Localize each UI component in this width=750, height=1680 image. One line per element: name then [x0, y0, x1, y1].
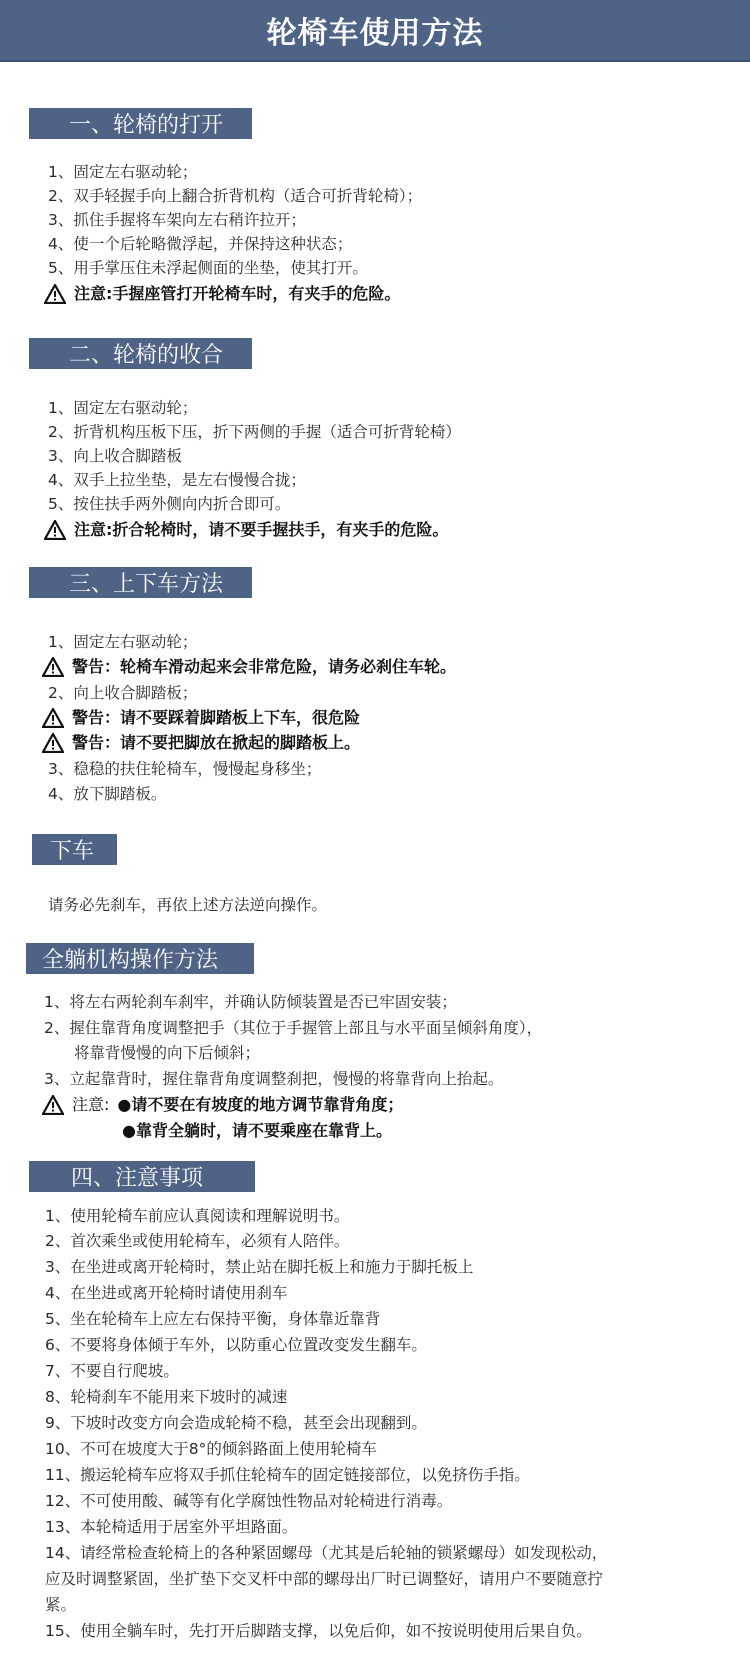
list-item: 3、立起靠背时，握住靠背角度调整刹把，慢慢的将靠背向上抬起。: [44, 1067, 503, 1091]
list-item: 9、下坡时改变方向会造成轮椅不稳，甚至会出现翻到。: [45, 1411, 427, 1435]
list-item: 6、不要将身体倾于车外，以防重心位置改变发生翻车。: [45, 1333, 427, 1357]
warning-text: 注意:手握座管打开轮椅车时，有夹手的危险。: [74, 282, 400, 306]
list-item: 4、放下脚踏板。: [48, 782, 166, 806]
list-item-continuation: 应及时调整紧固，坐扩垫下交叉杆中部的螺母出厂时已调整好，请用户不要随意拧: [45, 1567, 603, 1591]
warning-text: 警告：轮椅车滑动起来会非常危险，请务必刹住车轮。: [72, 655, 456, 679]
warning-line: 警告：请不要把脚放在掀起的脚踏板上。: [42, 731, 360, 755]
section-heading-text: 四、注意事项: [71, 1161, 203, 1192]
section-heading-notes: 四、注意事项: [29, 1161, 255, 1192]
list-item: 1、使用轮椅车前应认真阅读和理解说明书。: [45, 1204, 349, 1228]
list-item: 3、稳稳的扶住轮椅车，慢慢起身移坐；: [48, 757, 321, 781]
list-item: 4、在坐进或离开轮椅时请使用刹车: [45, 1281, 287, 1305]
section-heading-recline: 全躺机构操作方法: [26, 943, 254, 974]
warning-triangle-icon: [44, 284, 66, 304]
list-item: 2、握住靠背角度调整把手（其位于手握管上部且与水平面呈倾斜角度），: [44, 1016, 542, 1040]
list-item: 3、在坐进或离开轮椅时，禁止站在脚托板上和施力于脚托板上: [45, 1255, 473, 1279]
list-item-continuation: 将靠背慢慢的向下后倾斜；: [74, 1041, 260, 1065]
list-item: 5、按住扶手两外侧向内折合即可。: [48, 492, 290, 516]
list-item: 10、不可在坡度大于8°的倾斜路面上使用轮椅车: [45, 1437, 377, 1461]
list-item: 1、固定左右驱动轮；: [48, 396, 197, 420]
section-heading-text: 全躺机构操作方法: [42, 943, 218, 974]
page-title: 轮椅车使用方法: [267, 8, 484, 52]
warning-point: ●请不要在有坡度的地方调节靠背角度；: [117, 1093, 403, 1117]
title-banner: 轮椅车使用方法: [0, 0, 750, 62]
list-item: 15、使用全躺车时，先打开后脚踏支撑，以免后仰，如不按说明使用后果自负。: [45, 1619, 592, 1643]
warning-line: 警告：请不要踩着脚踏板上下车，很危险: [42, 706, 360, 730]
list-item: 14、请经常检查轮椅上的各种紧固螺母（尤其是后轮轴的锁紧螺母）如发现松动，: [45, 1541, 607, 1565]
list-item: 8、轮椅刹车不能用来下坡时的减速: [45, 1385, 287, 1409]
list-item: 11、搬运轮椅车应将双手抓住轮椅车的固定链接部位，以免挤伤手指。: [45, 1463, 530, 1487]
list-item: 1、将左右两轮刹车刹牢，并确认防倾装置是否已牢固安装；: [44, 990, 457, 1014]
list-item: 5、坐在轮椅车上应左右保持平衡，身体靠近靠背: [45, 1307, 380, 1331]
warning-line: 注意:手握座管打开轮椅车时，有夹手的危险。: [44, 282, 400, 306]
warning-point: ●靠背全躺时，请不要乘座在靠背上。: [122, 1119, 392, 1143]
list-item: 7、不要自行爬坡。: [45, 1359, 179, 1383]
section-heading-text: 三、上下车方法: [69, 567, 223, 598]
section-heading-boarding: 三、上下车方法: [29, 567, 252, 598]
list-item: 3、向上收合脚踏板: [48, 444, 182, 468]
warning-text: 注意:折合轮椅时，请不要手握扶手，有夹手的危险。: [74, 518, 448, 542]
section-heading-open: 一、轮椅的打开: [29, 108, 252, 139]
list-item: 1、固定左右驱动轮；: [48, 160, 197, 184]
list-item: 2、向上收合脚踏板；: [48, 681, 197, 705]
list-item: 2、首次乘坐或使用轮椅车，必须有人陪伴。: [45, 1229, 349, 1253]
list-item: 13、本轮椅适用于居室外平坦路面。: [45, 1515, 297, 1539]
section-heading-text: 下车: [50, 834, 94, 865]
warning-line: 注意: ●请不要在有坡度的地方调节靠背角度；: [42, 1093, 403, 1117]
list-item-continuation: 紧。: [45, 1593, 76, 1617]
warning-triangle-icon: [42, 708, 64, 728]
list-item: 1、固定左右驱动轮；: [48, 630, 197, 654]
warning-text: 警告：请不要踩着脚踏板上下车，很危险: [72, 706, 360, 730]
warning-triangle-icon: [42, 657, 64, 677]
warning-line: 注意:折合轮椅时，请不要手握扶手，有夹手的危险。: [44, 518, 448, 542]
warning-line: 警告：轮椅车滑动起来会非常危险，请务必刹住车轮。: [42, 655, 456, 679]
warning-triangle-icon: [42, 1095, 64, 1115]
list-item: 2、折背机构压板下压，折下两侧的手握（适合可折背轮椅）: [48, 420, 461, 444]
section-heading-fold: 二、轮椅的收合: [29, 338, 252, 369]
section-heading-text: 一、轮椅的打开: [69, 108, 223, 139]
warning-label: 注意:: [72, 1093, 109, 1117]
list-item: 2、双手轻握手向上翻合折背机构（适合可折背轮椅）；: [48, 184, 422, 208]
list-item: 5、用手掌压住未浮起侧面的坐垫，使其打开。: [48, 256, 368, 280]
warning-triangle-icon: [44, 520, 66, 540]
warning-text: 警告：请不要把脚放在掀起的脚踏板上。: [72, 731, 360, 755]
warning-triangle-icon: [42, 733, 64, 753]
paragraph: 请务必先刹车，再依上述方法逆向操作。: [48, 893, 327, 917]
section-heading-alighting: 下车: [32, 834, 117, 865]
list-item: 4、双手上拉坐垫，是左右慢慢合拢；: [48, 468, 306, 492]
section-heading-text: 二、轮椅的收合: [69, 338, 223, 369]
list-item: 3、抓住手握将车架向左右稍许拉开；: [48, 208, 306, 232]
warning-point-line: ●靠背全躺时，请不要乘座在靠背上。: [122, 1119, 392, 1143]
list-item: 12、不可使用酸、碱等有化学腐蚀性物品对轮椅进行消毒。: [45, 1489, 452, 1513]
list-item: 4、使一个后轮略微浮起，并保持这种状态；: [48, 232, 352, 256]
